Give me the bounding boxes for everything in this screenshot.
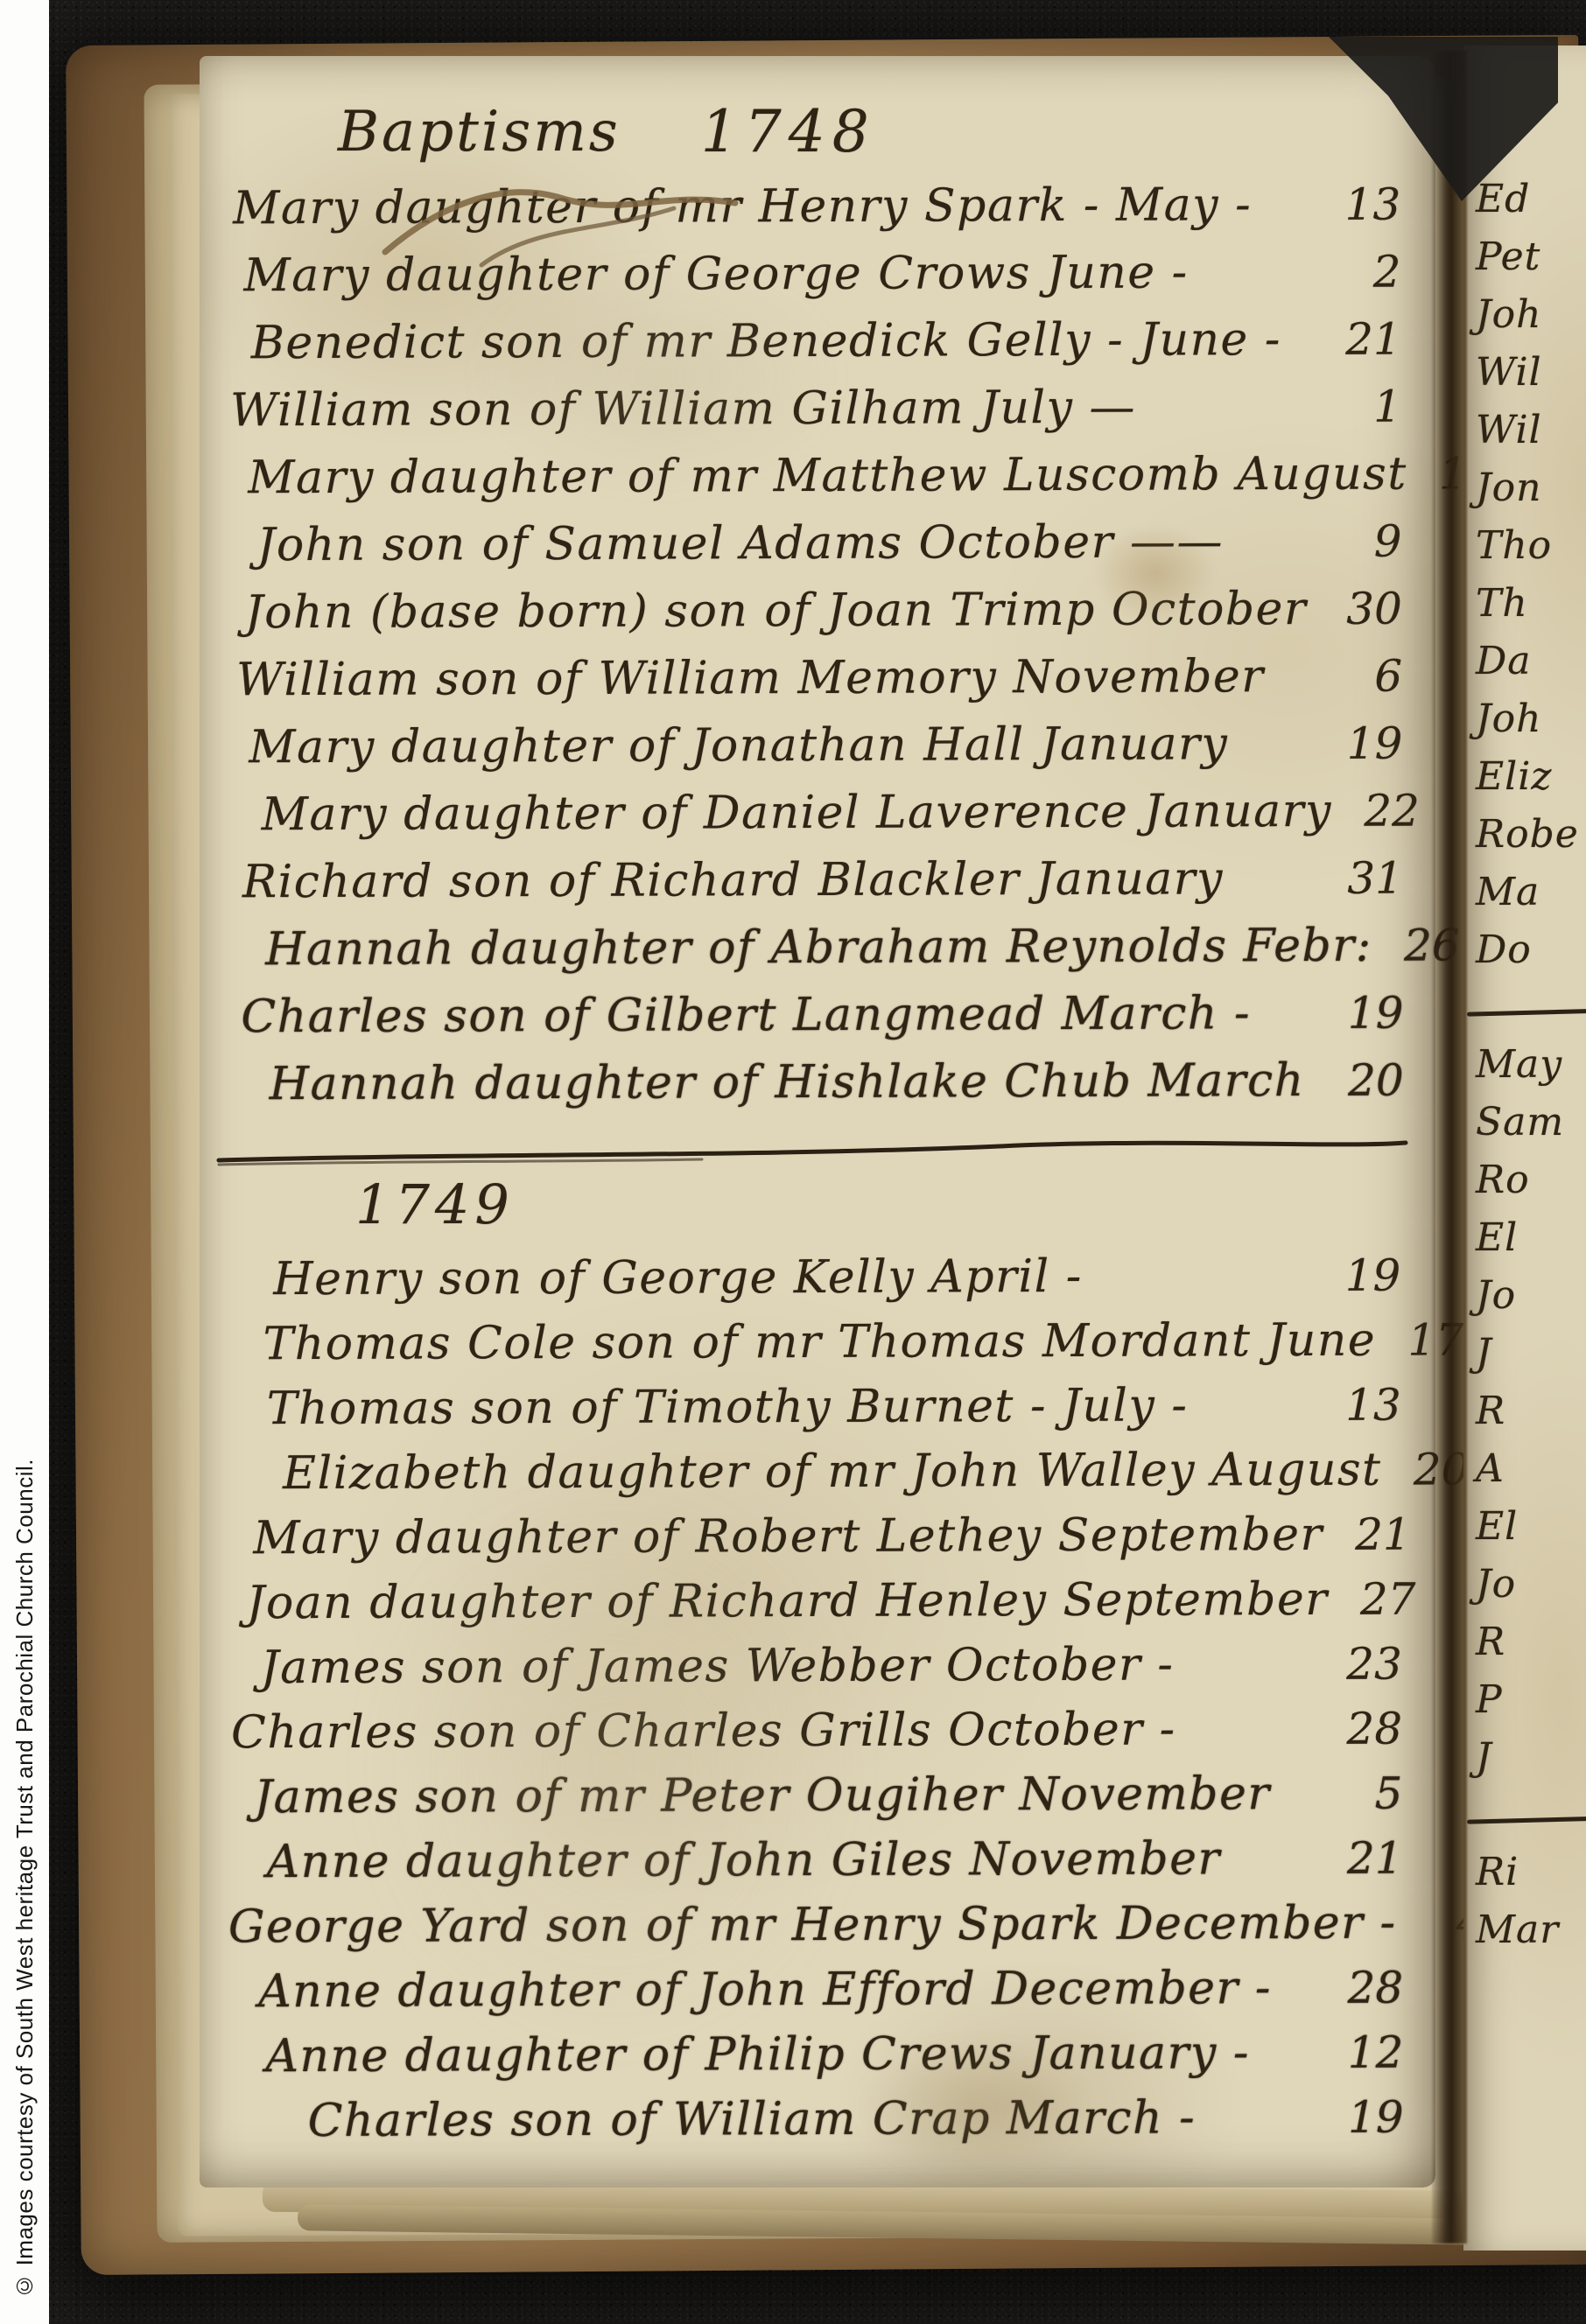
entry-day: 5 <box>1315 1768 1406 1819</box>
entry-text: Mary daughter of mr Matthew Luscomb Augu… <box>248 448 1407 505</box>
entry-fragment: Eliz <box>1476 754 1586 812</box>
entry-fragment: R <box>1476 1389 1586 1446</box>
entry-fragment: R <box>1476 1620 1586 1677</box>
entry-fragment: A <box>1476 1446 1586 1504</box>
baptism-entry: William son of William Gilham July —1 <box>221 381 1405 452</box>
entry-text: William son of William Gilham July — <box>230 381 1136 437</box>
entry-text: James son of mr Peter Ougiher November <box>254 1767 1270 1823</box>
page-year-1749: 1749 <box>355 1176 1406 1234</box>
entry-day: 28 <box>1315 1704 1406 1754</box>
entry-fragment: Ma <box>1476 870 1586 927</box>
copyright-strip: © Images courtesy of South West heritage… <box>0 0 49 2324</box>
entry-text: James son of James Webber October - <box>261 1639 1175 1695</box>
baptism-entry: Charles son of William Crap March -19 <box>224 2091 1407 2160</box>
entry-day: 19 <box>1315 718 1406 769</box>
entry-text: George Yard son of mr Henry Spark Decemb… <box>228 1897 1397 1954</box>
entry-day: 19 <box>1313 1250 1404 1301</box>
entry-text: Richard son of Richard Blackler January <box>242 852 1224 908</box>
entry-day: 27 <box>1328 1574 1419 1625</box>
entry-day: 19 <box>1316 988 1407 1039</box>
baptism-entry: Mary daughter of Jonathan Hall January19 <box>222 717 1406 789</box>
entry-fragment: Wil <box>1476 350 1586 408</box>
entry-day: 13 <box>1314 1380 1405 1431</box>
entry-fragment: Jon <box>1476 465 1586 523</box>
baptism-entry: Thomas son of Timothy Burnet - July -13 <box>221 1379 1405 1448</box>
entry-fragment: Wil <box>1476 408 1586 465</box>
entry-text: Mary daughter of Daniel Laverence Januar… <box>262 785 1332 841</box>
entry-day: 12 <box>1316 2027 1407 2078</box>
entry-fragment: Mar <box>1476 1907 1586 1965</box>
entry-fragment: Do <box>1476 927 1586 985</box>
copyright-text: © Images courtesy of South West heritage… <box>11 1459 39 2299</box>
right-page-divider <box>1467 1007 1586 1016</box>
entry-day: 28 <box>1316 1963 1407 2013</box>
entry-fragment: Tho <box>1476 523 1586 581</box>
baptism-entry: Anne daughter of Philip Crews January -1… <box>223 2026 1407 2096</box>
entry-fragment: Joh <box>1476 696 1586 754</box>
baptism-entry: James son of James Webber October -23 <box>222 1638 1406 1707</box>
entry-text: Benedict son of mr Benedick Gelly - June… <box>251 313 1281 369</box>
entry-day: 19 <box>1316 2092 1407 2143</box>
entry-text: Charles son of Charles Grills October - <box>231 1704 1176 1760</box>
entry-text: Anne daughter of Philip Crews January - <box>265 2026 1250 2082</box>
baptism-entry: Richard son of Richard Blackler January3… <box>223 852 1407 924</box>
entry-fragment: Ri <box>1476 1850 1586 1907</box>
entry-fragment: J <box>1476 1735 1586 1793</box>
binding-thread <box>376 147 744 296</box>
section-divider-line <box>212 1136 1413 1171</box>
entry-text: John (base born) son of Joan Trimp Octob… <box>245 583 1308 639</box>
baptism-entry: Elizabeth daughter of mr John Walley Aug… <box>221 1444 1405 1513</box>
entry-fragment: Ed <box>1476 177 1586 234</box>
baptism-entry: Hannah daughter of Hishlake Chub March20 <box>224 1054 1407 1126</box>
entry-fragment: Th <box>1476 581 1586 639</box>
baptism-entry: Anne daughter of John Efford December -2… <box>223 1962 1407 2031</box>
entry-day: 21 <box>1323 1509 1414 1560</box>
baptism-entry: Henry son of George Kelly April -19 <box>221 1249 1404 1319</box>
entry-day: 31 <box>1316 853 1407 904</box>
entry-text: Elizabeth daughter of mr John Walley Aug… <box>283 1444 1382 1500</box>
entry-fragment: Ro <box>1476 1158 1586 1215</box>
baptism-entry: Charles son of Charles Grills October -2… <box>222 1703 1406 1772</box>
entries-1748: Mary daughter of mr Henry Spark - May -1… <box>221 178 1407 1126</box>
right-page: EdPetJohWilWilJonThoThDaJohElizRobeMaDoM… <box>1463 45 1586 2250</box>
baptism-entry: Joan daughter of Richard Henley Septembe… <box>221 1573 1405 1642</box>
entry-text: Anne daughter of John Efford December - <box>258 1962 1272 2018</box>
entry-day: 20 <box>1316 1055 1407 1106</box>
entry-fragment: El <box>1476 1215 1586 1273</box>
entry-day: 1 <box>1314 381 1405 432</box>
entry-day: 9 <box>1314 516 1405 567</box>
entry-day: 30 <box>1315 584 1406 634</box>
baptism-entry: James son of mr Peter Ougiher November5 <box>222 1767 1406 1837</box>
entry-text: Joan daughter of Richard Henley Septembe… <box>246 1573 1328 1629</box>
entry-text: Mary daughter of Robert Lethey September <box>253 1508 1323 1564</box>
baptism-entry: Charles son of Gilbert Langmead March -1… <box>223 987 1407 1059</box>
entry-text: Henry son of George Kelly April - <box>273 1250 1083 1305</box>
entry-fragment: Jo <box>1476 1562 1586 1620</box>
entry-text: John son of Samuel Adams October —— <box>256 515 1224 571</box>
baptism-entry: Anne daughter of John Giles November21 <box>223 1832 1407 1901</box>
left-page: Baptisms 1748 Mary daughter of mr Henry … <box>200 56 1435 2187</box>
entry-day: 23 <box>1315 1639 1406 1690</box>
entry-day: 2 <box>1313 247 1404 297</box>
book-gutter <box>1432 51 1467 2243</box>
entry-fragment: Pet <box>1476 234 1586 292</box>
entry-text: Anne daughter of John Giles November <box>267 1832 1221 1888</box>
entry-text: Mary daughter of Jonathan Hall January <box>249 717 1228 773</box>
entry-text: Thomas Cole son of mr Thomas Mordant Jun… <box>263 1314 1376 1370</box>
entry-fragment: May <box>1476 1042 1586 1100</box>
entry-day: 13 <box>1313 179 1404 230</box>
entry-day: 21 <box>1314 314 1405 365</box>
baptism-entry: Benedict son of mr Benedick Gelly - June… <box>221 313 1405 385</box>
entry-text: Hannah daughter of Hishlake Chub March <box>270 1054 1305 1110</box>
right-page-divider <box>1467 1815 1586 1823</box>
entry-fragment: Da <box>1476 639 1586 696</box>
baptism-entry: Mary daughter of Robert Lethey September… <box>221 1508 1405 1578</box>
entry-fragment: Robe <box>1476 812 1586 870</box>
entry-text: Thomas son of Timothy Burnet - July - <box>267 1380 1189 1436</box>
entry-fragment: P <box>1476 1677 1586 1735</box>
right-page-fragments: EdPetJohWilWilJonThoThDaJohElizRobeMaDoM… <box>1476 177 1586 1965</box>
baptism-entry: Thomas Cole son of mr Thomas Mordant Jun… <box>221 1314 1404 1383</box>
baptism-entry: Mary daughter of mr Matthew Luscomb Augu… <box>221 448 1405 520</box>
entries-1749: Henry son of George Kelly April -19Thoma… <box>221 1249 1407 2160</box>
entry-day: 22 <box>1332 786 1423 836</box>
entry-fragment: El <box>1476 1504 1586 1562</box>
baptism-entry: John son of Samuel Adams October ——9 <box>221 515 1405 587</box>
entry-fragment: Jo <box>1476 1273 1586 1331</box>
entry-day: 21 <box>1316 1833 1407 1884</box>
entry-fragment: J <box>1476 1331 1586 1389</box>
entry-fragment: Joh <box>1476 292 1586 350</box>
entry-text: Charles son of William Crap March - <box>308 2091 1197 2147</box>
baptism-entry: George Yard son of mr Henry Spark Decemb… <box>223 1897 1407 1966</box>
baptism-entry: John (base born) son of Joan Trimp Octob… <box>222 583 1406 654</box>
baptism-entry: Hannah daughter of Abraham Reynolds Febr… <box>223 920 1407 991</box>
baptism-entry: William son of William Memory November6 <box>222 650 1406 722</box>
entry-text: William son of William Memory November <box>236 650 1265 706</box>
entry-text: Hannah daughter of Abraham Reynolds Febr… <box>265 920 1372 976</box>
entry-fragment: Sam <box>1476 1100 1586 1158</box>
entry-day: 6 <box>1315 651 1406 702</box>
entry-text: Charles son of Gilbert Langmead March - <box>241 987 1251 1043</box>
baptism-entry: Mary daughter of Daniel Laverence Januar… <box>223 785 1407 857</box>
